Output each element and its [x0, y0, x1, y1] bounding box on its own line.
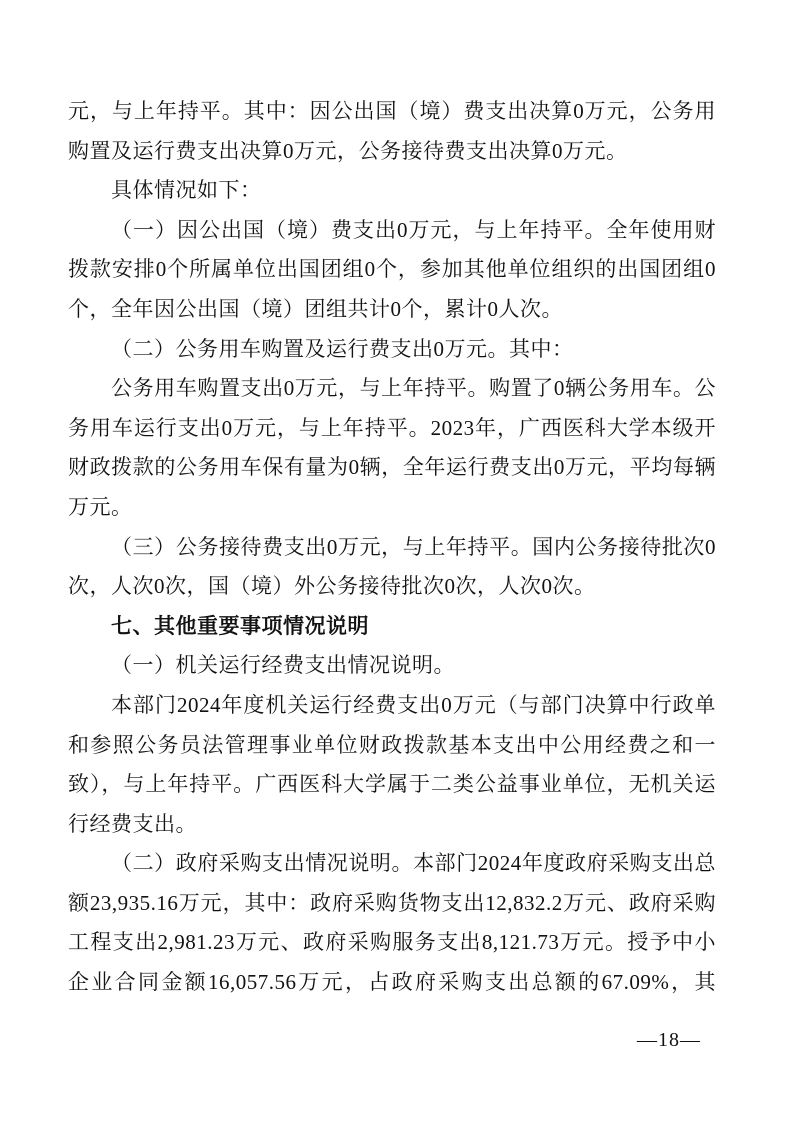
text-line: （三）公务接待费支出0万元，与上年持平。国内公务接待批次0: [68, 528, 716, 568]
text-line: 本部门2024年度机关运行经费支出0万元（与部门决算中行政单位: [68, 686, 716, 726]
text-line: 额23,935.16万元，其中：政府采购货物支出12,832.2万元、政府采购: [68, 884, 716, 924]
text-line: （一）因公出国（境）费支出0万元，与上年持平。全年使用财政: [68, 211, 716, 251]
text-line: 和参照公务员法管理事业单位财政拨款基本支出中公用经费之和一: [68, 726, 716, 766]
document-page: 元，与上年持平。其中：因公出国（境）费支出决算0万元，公务用车 购置及运行费支出…: [0, 0, 793, 1122]
text-line: 财政拨款的公务用车保有量为0辆，全年运行费支出0万元，平均每辆0: [68, 448, 716, 488]
text-line: 个，全年因公出国（境）团组共计0个，累计0人次。: [68, 290, 716, 330]
text-line: 次，人次0次，国（境）外公务接待批次0次，人次0次。: [68, 567, 716, 607]
section-heading: 七、其他重要事项情况说明: [68, 607, 716, 647]
page-body-text: 元，与上年持平。其中：因公出国（境）费支出决算0万元，公务用车 购置及运行费支出…: [68, 92, 716, 1003]
text-line: 元，与上年持平。其中：因公出国（境）费支出决算0万元，公务用车: [68, 92, 716, 132]
text-line: 致），与上年持平。广西医科大学属于二类公益事业单位，无机关运: [68, 765, 716, 805]
text-line: 公务用车购置支出0万元，与上年持平。购置了0辆公务用车。公: [68, 369, 716, 409]
text-line: 具体情况如下：: [68, 171, 716, 211]
text-line: 行经费支出。: [68, 805, 716, 845]
text-line: 企业合同金额16,057.56万元，占政府采购支出总额的67.09%，其中：: [68, 963, 716, 1003]
text-line: （一）机关运行经费支出情况说明。: [68, 646, 716, 686]
text-line: 拨款安排0个所属单位出国团组0个，参加其他单位组织的出国团组0: [68, 250, 716, 290]
text-line: 工程支出2,981.23万元、政府采购服务支出8,121.73万元。授予中小: [68, 923, 716, 963]
text-line: 万元。: [68, 488, 716, 528]
text-line: （二）政府采购支出情况说明。本部门2024年度政府采购支出总: [68, 844, 716, 884]
text-line: 务用车运行支出0万元，与上年持平。2023年，广西医科大学本级开支: [68, 409, 716, 449]
page-number: —18—: [637, 1028, 701, 1052]
text-line: 购置及运行费支出决算0万元，公务接待费支出决算0万元。: [68, 132, 716, 172]
text-line: （二）公务用车购置及运行费支出0万元。其中：: [68, 330, 716, 370]
